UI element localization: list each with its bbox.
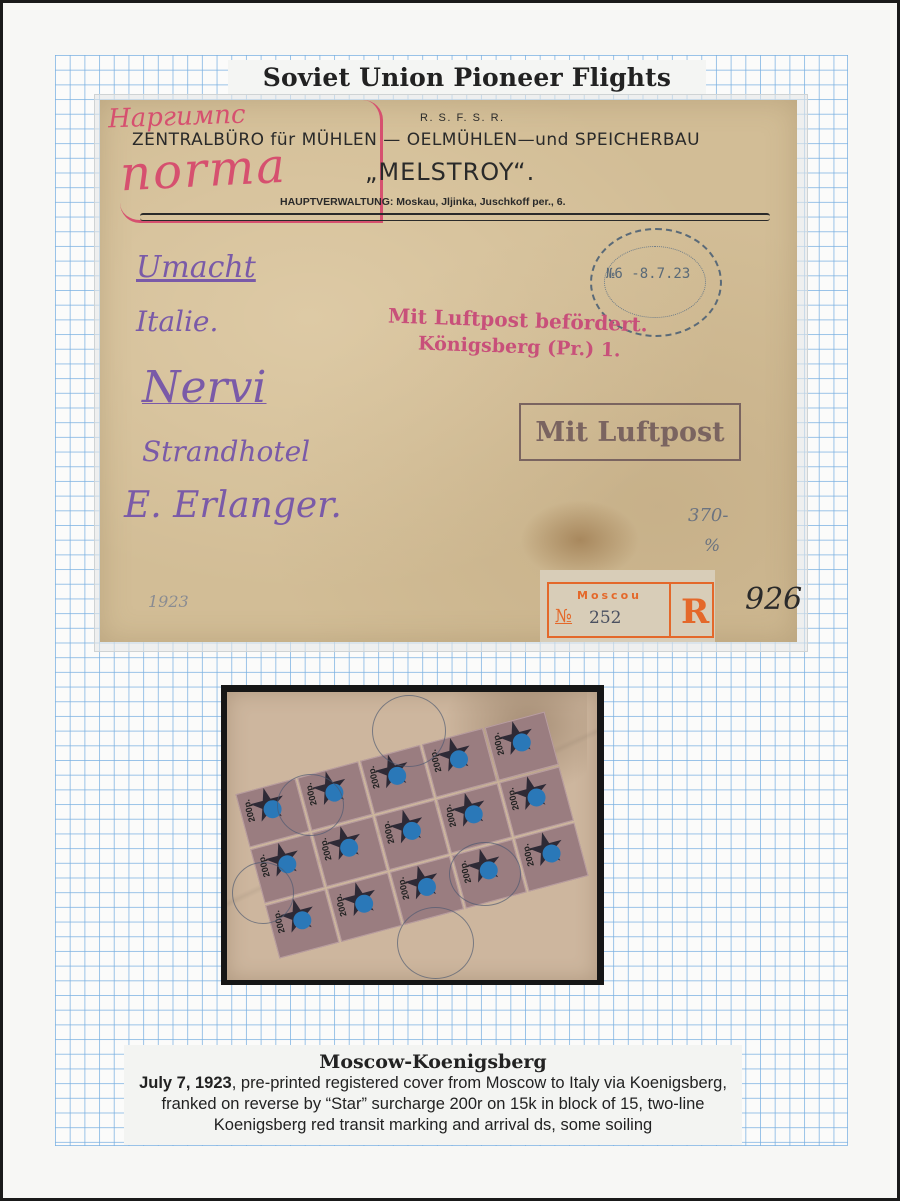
stamp-surcharge: 200р. <box>333 892 349 917</box>
address-line-3: Nervi <box>142 362 267 413</box>
pencil-note-2: % <box>704 536 720 556</box>
caption-title: Moscow-Koenigsberg <box>124 1051 742 1073</box>
letterhead-address: HAUPTVERWALTUNG: Moskau, Jljinka, Juschk… <box>280 196 566 208</box>
address-line-1: Umacht <box>136 250 256 285</box>
stamp-surcharge: 200р. <box>318 837 334 862</box>
caption-box: Moscow-Koenigsberg July 7, 1923, pre-pri… <box>124 1045 742 1145</box>
page-title: Soviet Union Pioneer Flights <box>263 63 671 92</box>
arrival-cds-5 <box>397 907 474 979</box>
stamp-surcharge: 200р. <box>520 842 536 867</box>
pencil-note-1: 370- <box>688 505 728 526</box>
registration-number-prefix: № <box>555 606 572 627</box>
front-cover: Наргимпс norma R. S. F. S. R. ZENTRALBÜR… <box>100 100 797 642</box>
airmail-boxed-cachet: Mit Luftpost <box>519 403 741 461</box>
registration-number: 252 <box>589 608 621 628</box>
arrival-cds-1 <box>372 695 446 767</box>
pencil-note-year: 1923 <box>148 592 189 611</box>
postmark-inner-ring <box>604 246 706 318</box>
registration-label-frame: Moscou № 252 R <box>547 582 714 638</box>
stamp-surcharge: 200р. <box>395 876 411 901</box>
ink-note: 926 <box>745 582 802 617</box>
arrival-cds-3 <box>232 862 294 924</box>
registration-letter: R <box>681 592 709 632</box>
registration-divider <box>669 584 671 636</box>
registration-label: Moscou № 252 R <box>540 570 715 642</box>
page-title-strip: Soviet Union Pioneer Flights <box>228 60 706 94</box>
stamp-surcharge: 200р. <box>381 820 397 845</box>
address-line-2: Italie. <box>136 305 218 338</box>
caption-text: , pre-printed registered cover from Mosc… <box>162 1074 727 1134</box>
stamp-surcharge: 200р. <box>490 732 506 757</box>
letterhead-rule <box>140 213 770 221</box>
transit-marking-line2: Königsberg (Pr.) 1. <box>418 332 621 361</box>
soiling-stain <box>520 500 640 580</box>
registration-city: Moscou <box>577 589 642 602</box>
stamp-surcharge: 200р. <box>241 798 257 823</box>
stamp-surcharge: 200р. <box>366 765 382 790</box>
letterhead-line1: ZENTRALBÜRO für MÜHLEN — OELMÜHLEN—und S… <box>132 130 700 150</box>
letterhead-name: „MELSTROY“. <box>365 158 535 186</box>
postmark-date: №6 -8.7.23 <box>606 266 690 282</box>
address-line-4: Strandhotel <box>142 435 310 468</box>
reverse-cover: 200р.200р.200р.200р.200р.200р.200р.200р.… <box>227 692 597 980</box>
caption-date: July 7, 1923 <box>139 1074 232 1092</box>
caption-body: July 7, 1923, pre-printed registered cov… <box>124 1073 742 1136</box>
airmail-cachet-text: Mit Luftpost <box>535 417 724 448</box>
letterhead-rsfsr: R. S. F. S. R. <box>420 112 505 124</box>
arrival-cds-4 <box>449 842 521 906</box>
arrival-cds-2 <box>277 774 344 836</box>
stamp-surcharge: 200р. <box>443 804 459 829</box>
stamp-surcharge: 200р. <box>505 787 521 812</box>
address-line-5: E. Erlanger. <box>124 485 342 526</box>
